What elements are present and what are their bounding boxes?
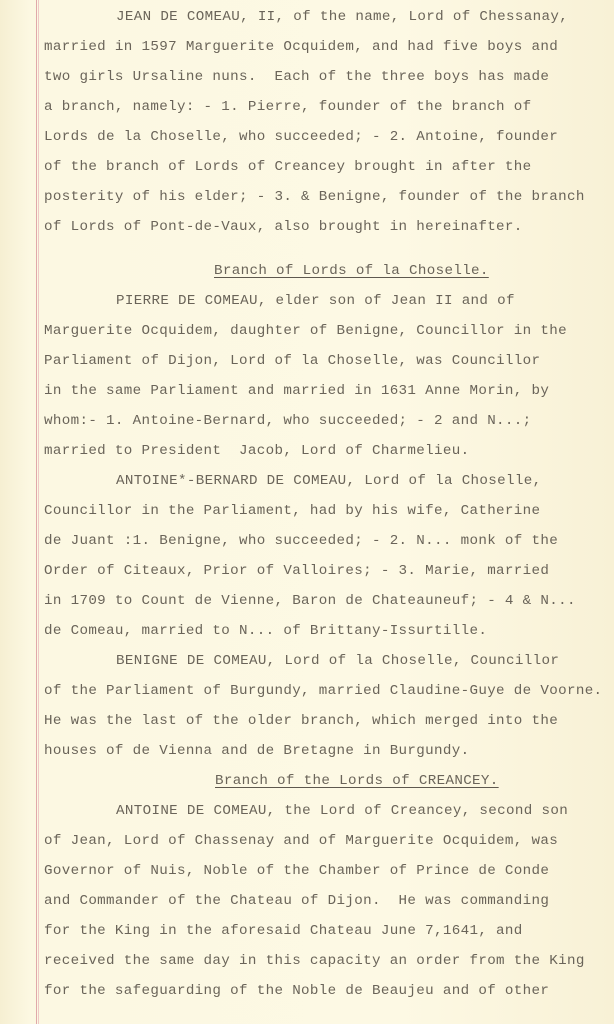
text-line: of the Parliament of Burgundy, married C… xyxy=(44,682,602,700)
text-line: and Commander of the Chateau of Dijon. H… xyxy=(44,892,549,910)
text-line: Order of Citeaux, Prior of Valloires; - … xyxy=(44,562,549,580)
text-line: de Comeau, married to N... of Brittany-I… xyxy=(44,622,487,640)
text-line: whom:- 1. Antoine-Bernard, who succeeded… xyxy=(44,412,532,430)
text-line: de Juant :1. Benigne, who succeeded; - 2… xyxy=(44,532,558,550)
text-line: married to President Jacob, Lord of Char… xyxy=(44,442,469,460)
text-line: of Lords of Pont-de-Vaux, also brought i… xyxy=(44,218,523,236)
text-line: in the same Parliament and married in 16… xyxy=(44,382,549,400)
text-line: Marguerite Ocquidem, daughter of Benigne… xyxy=(44,322,567,340)
text-line: of the branch of Lords of Creancey broug… xyxy=(44,158,532,176)
text-line: BENIGNE DE COMEAU, Lord of la Choselle, … xyxy=(116,652,559,670)
margin-rule xyxy=(36,0,37,1024)
text-line: a branch, namely: - 1. Pierre, founder o… xyxy=(44,98,532,116)
text-line: posterity of his elder; - 3. & Benigne, … xyxy=(44,188,585,206)
section-heading: Branch of the Lords of CREANCEY. xyxy=(215,772,499,790)
text-line: Lords de la Choselle, who succeeded; - 2… xyxy=(44,128,558,146)
text-line: ANTOINE DE COMEAU, the Lord of Creancey,… xyxy=(116,802,568,820)
text-line: of Jean, Lord of Chassenay and of Margue… xyxy=(44,832,558,850)
text-line: houses of de Vienna and de Bretagne in B… xyxy=(44,742,469,760)
text-line: for the safeguarding of the Noble de Bea… xyxy=(44,982,549,1000)
text-line: for the King in the aforesaid Chateau Ju… xyxy=(44,922,523,940)
text-line: Governor of Nuis, Noble of the Chamber o… xyxy=(44,862,549,880)
text-line: PIERRE DE COMEAU, elder son of Jean II a… xyxy=(116,292,515,310)
text-line: in 1709 to Count de Vienne, Baron de Cha… xyxy=(44,592,576,610)
text-line: married in 1597 Marguerite Ocquidem, and… xyxy=(44,38,558,56)
text-line: Councillor in the Parliament, had by his… xyxy=(44,502,540,520)
text-line: two girls Ursaline nuns. Each of the thr… xyxy=(44,68,549,86)
text-line: Parliament of Dijon, Lord of la Choselle… xyxy=(44,352,540,370)
section-heading: Branch of Lords of la Choselle. xyxy=(214,262,489,280)
typewritten-page: JEAN DE COMEAU, II, of the name, Lord of… xyxy=(0,0,614,1024)
text-line: He was the last of the older branch, whi… xyxy=(44,712,558,730)
text-line: JEAN DE COMEAU, II, of the name, Lord of… xyxy=(116,8,568,26)
margin-rule-secondary xyxy=(38,0,39,1024)
text-line: received the same day in this capacity a… xyxy=(44,952,585,970)
text-line: ANTOINE*-BERNARD DE COMEAU, Lord of la C… xyxy=(116,472,541,490)
